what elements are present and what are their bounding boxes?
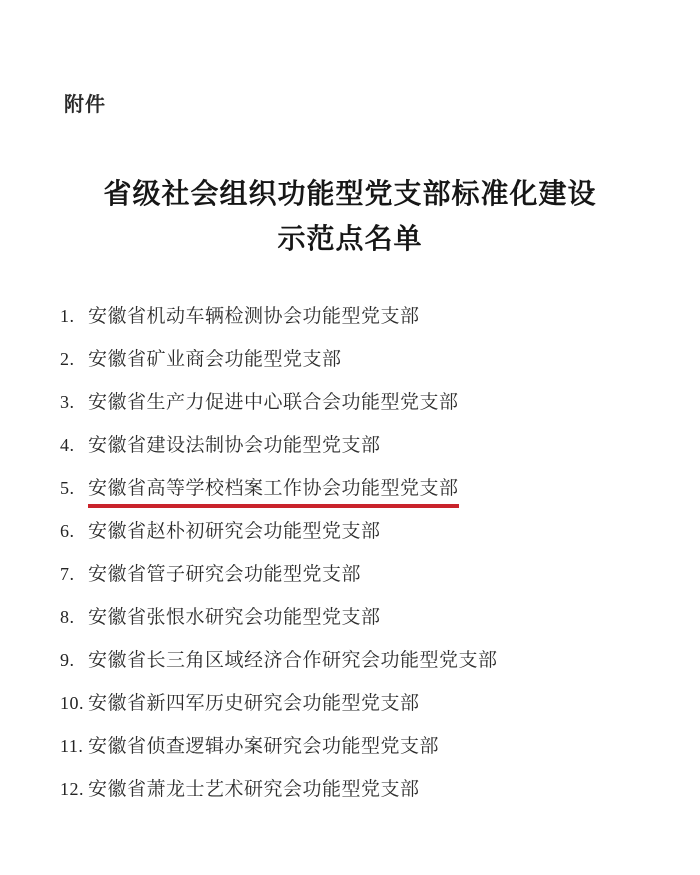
item-text: 安徽省赵朴初研究会功能型党支部 bbox=[88, 520, 381, 544]
list-item: 2.安徽省矿业商会功能型党支部 bbox=[60, 347, 670, 371]
item-number: 12. bbox=[60, 777, 88, 801]
list-item: 4.安徽省建设法制协会功能型党支部 bbox=[60, 433, 670, 457]
item-number: 11. bbox=[60, 734, 88, 758]
item-number: 5. bbox=[60, 476, 88, 500]
item-text: 安徽省管子研究会功能型党支部 bbox=[88, 563, 361, 587]
title-line-1: 省级社会组织功能型党支部标准化建设 bbox=[0, 172, 700, 217]
item-text: 安徽省新四军历史研究会功能型党支部 bbox=[88, 692, 420, 716]
list-item: 11.安徽省侦查逻辑办案研究会功能型党支部 bbox=[60, 734, 670, 758]
item-text: 安徽省萧龙士艺术研究会功能型党支部 bbox=[88, 778, 420, 802]
list-item: 9.安徽省长三角区域经济合作研究会功能型党支部 bbox=[60, 648, 670, 672]
item-text: 安徽省侦查逻辑办案研究会功能型党支部 bbox=[88, 735, 439, 759]
item-number: 1. bbox=[60, 304, 88, 328]
list-item: 7.安徽省管子研究会功能型党支部 bbox=[60, 562, 670, 586]
item-number: 8. bbox=[60, 605, 88, 629]
item-text: 安徽省矿业商会功能型党支部 bbox=[88, 348, 342, 372]
item-text: 安徽省生产力促进中心联合会功能型党支部 bbox=[88, 391, 459, 415]
item-number: 10. bbox=[60, 691, 88, 715]
item-number: 6. bbox=[60, 519, 88, 543]
item-text: 安徽省高等学校档案工作协会功能型党支部 bbox=[88, 477, 459, 508]
list-item: 3.安徽省生产力促进中心联合会功能型党支部 bbox=[60, 390, 670, 414]
item-text: 安徽省长三角区域经济合作研究会功能型党支部 bbox=[88, 649, 498, 673]
attachment-label: 附件 bbox=[64, 88, 106, 117]
list-item: 5.安徽省高等学校档案工作协会功能型党支部 bbox=[60, 476, 670, 500]
item-text: 安徽省机动车辆检测协会功能型党支部 bbox=[88, 305, 420, 329]
document-title: 省级社会组织功能型党支部标准化建设 示范点名单 bbox=[0, 172, 700, 262]
list-item: 8.安徽省张恨水研究会功能型党支部 bbox=[60, 605, 670, 629]
item-number: 7. bbox=[60, 562, 88, 586]
document-page: 附件 省级社会组织功能型党支部标准化建设 示范点名单 1.安徽省机动车辆检测协会… bbox=[0, 0, 700, 875]
list-item: 12.安徽省萧龙士艺术研究会功能型党支部 bbox=[60, 777, 670, 801]
item-text: 安徽省张恨水研究会功能型党支部 bbox=[88, 606, 381, 630]
branch-list: 1.安徽省机动车辆检测协会功能型党支部2.安徽省矿业商会功能型党支部3.安徽省生… bbox=[60, 304, 670, 820]
list-item: 10.安徽省新四军历史研究会功能型党支部 bbox=[60, 691, 670, 715]
item-number: 3. bbox=[60, 390, 88, 414]
item-number: 2. bbox=[60, 347, 88, 371]
list-item: 1.安徽省机动车辆检测协会功能型党支部 bbox=[60, 304, 670, 328]
item-text: 安徽省建设法制协会功能型党支部 bbox=[88, 434, 381, 458]
title-line-2: 示范点名单 bbox=[0, 217, 700, 262]
item-number: 9. bbox=[60, 648, 88, 672]
item-number: 4. bbox=[60, 433, 88, 457]
list-item: 6.安徽省赵朴初研究会功能型党支部 bbox=[60, 519, 670, 543]
